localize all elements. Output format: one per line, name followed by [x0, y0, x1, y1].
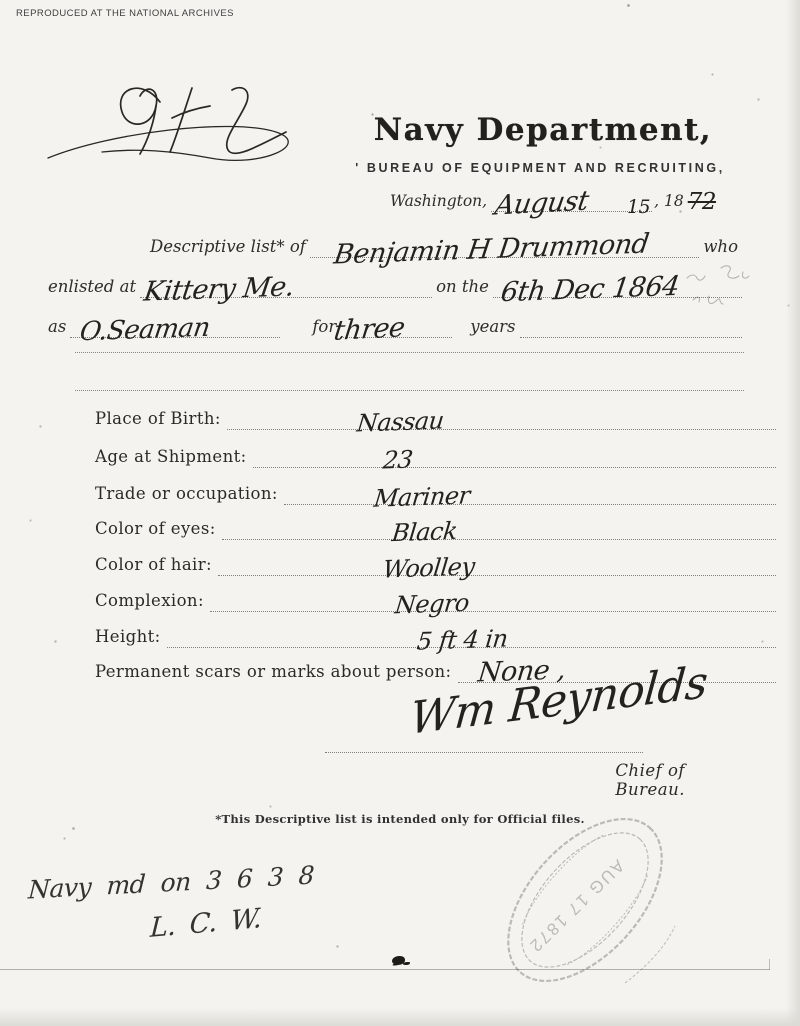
stamp-date-text: AUG 17 1872	[525, 856, 628, 957]
handwritten-value: 5 ft 4 in	[415, 626, 508, 653]
letterhead-title: Navy Department,	[323, 112, 763, 148]
signature-rule	[325, 752, 643, 753]
letterhead-bureau-line: ' BUREAU OF EQUIPMENT AND RECRUITING,	[300, 161, 780, 175]
intro-line-3: as O.Seaman for three years	[44, 306, 742, 338]
handwritten-recruit-name: Benjamin H Drummond	[332, 230, 650, 268]
intro-line-2: enlisted at Kittery Me. on the 6th Dec 1…	[44, 266, 742, 298]
ink-blot	[392, 956, 405, 965]
handwritten-year: 72	[688, 189, 716, 215]
pencil-marginalia	[683, 256, 793, 318]
field-color-of-hair: Color of hair: Woolley	[95, 550, 776, 576]
document-page: REPRODUCED AT THE NATIONAL ARCHIVES Navy…	[0, 0, 800, 1026]
handwritten-value: 23	[381, 447, 413, 472]
scan-edge-right	[786, 0, 800, 1026]
field-color-of-eyes: Color of eyes: Black	[95, 514, 776, 540]
handwritten-term: three	[333, 314, 407, 345]
field-fill-rule: Mariner	[284, 500, 776, 505]
field-label: Complexion:	[95, 591, 204, 612]
blank-fill-rule-2	[75, 390, 744, 391]
handwritten-enlist-place: Kittery Me.	[142, 273, 296, 305]
rating-fill-rule: O.Seaman	[70, 333, 280, 338]
field-label: Height:	[95, 627, 161, 648]
field-label: Color of hair:	[95, 555, 212, 576]
field-fill-rule: Nassau	[227, 425, 776, 430]
printed-on-the: on the	[432, 277, 493, 298]
field-label: Trade or occupation:	[95, 484, 278, 505]
monogram-flourish	[42, 60, 302, 180]
field-label: Color of eyes:	[95, 519, 216, 540]
field-fill-rule: Black	[222, 535, 776, 540]
scan-edge-bottom	[0, 1008, 800, 1026]
field-fill-rule: 23	[253, 463, 776, 468]
file-note-number: Navy md on 3 6 3 8	[27, 860, 314, 904]
blank-fill-rule-1	[75, 352, 744, 353]
field-place-of-birth: Place of Birth: Nassau	[95, 404, 776, 430]
printed-enlisted-at: enlisted at	[44, 277, 140, 298]
archive-reproduction-note: REPRODUCED AT THE NATIONAL ARCHIVES	[16, 8, 234, 19]
field-label: Place of Birth:	[95, 409, 221, 430]
date-fill-rule: August 15	[491, 207, 652, 212]
field-complexion: Complexion: Negro	[95, 586, 776, 612]
field-fill-rule: Negro	[210, 607, 776, 612]
chief-of-bureau-title: Chief of Bureau.	[555, 761, 685, 799]
handwritten-month: August	[493, 187, 590, 219]
field-age-at-shipment: Age at Shipment: 23	[95, 442, 776, 468]
printed-years: years	[466, 317, 519, 338]
handwritten-rating: O.Seaman	[79, 315, 212, 346]
printed-who: who	[699, 237, 742, 258]
field-fill-rule: Woolley	[218, 571, 776, 576]
printed-descriptive-list-of: Descriptive list* of	[146, 237, 310, 258]
handwritten-day: 15	[627, 198, 650, 217]
handwritten-value: Mariner	[373, 483, 471, 510]
handwritten-value: Nassau	[356, 408, 445, 435]
printed-century: , 18	[652, 192, 688, 212]
paper-speckles	[0, 0, 1, 1]
file-note-initials: L. C. W.	[149, 903, 262, 944]
printed-as: as	[44, 317, 70, 338]
field-fill-rule: 5 ft 4 in	[167, 643, 776, 648]
term-fill-rule: three	[340, 333, 452, 338]
date-line: Washington, August 15 , 18 72	[386, 180, 716, 212]
fold-line	[0, 969, 770, 970]
fold-line-tick	[769, 959, 770, 970]
field-height: Height: 5 ft 4 in	[95, 622, 776, 648]
name-fill-rule: Benjamin H Drummond	[310, 253, 699, 258]
field-label: Age at Shipment:	[95, 447, 247, 468]
trailing-fill-rule	[520, 333, 742, 338]
printed-washington: Washington,	[386, 192, 491, 212]
intro-line-1: Descriptive list* of Benjamin H Drummond…	[146, 226, 742, 258]
handwritten-value: Woolley	[382, 554, 476, 581]
oval-date-stamp: AUG 17 1872	[475, 798, 705, 1003]
field-label: Permanent scars or marks about person:	[95, 662, 452, 683]
handwritten-enlist-date: 6th Dec 1864	[499, 273, 681, 306]
field-trade-or-occupation: Trade or occupation: Mariner	[95, 479, 776, 505]
handwritten-value: Black	[390, 519, 458, 545]
enlist-place-fill-rule: Kittery Me.	[140, 293, 432, 298]
handwritten-value: Negro	[394, 591, 470, 618]
